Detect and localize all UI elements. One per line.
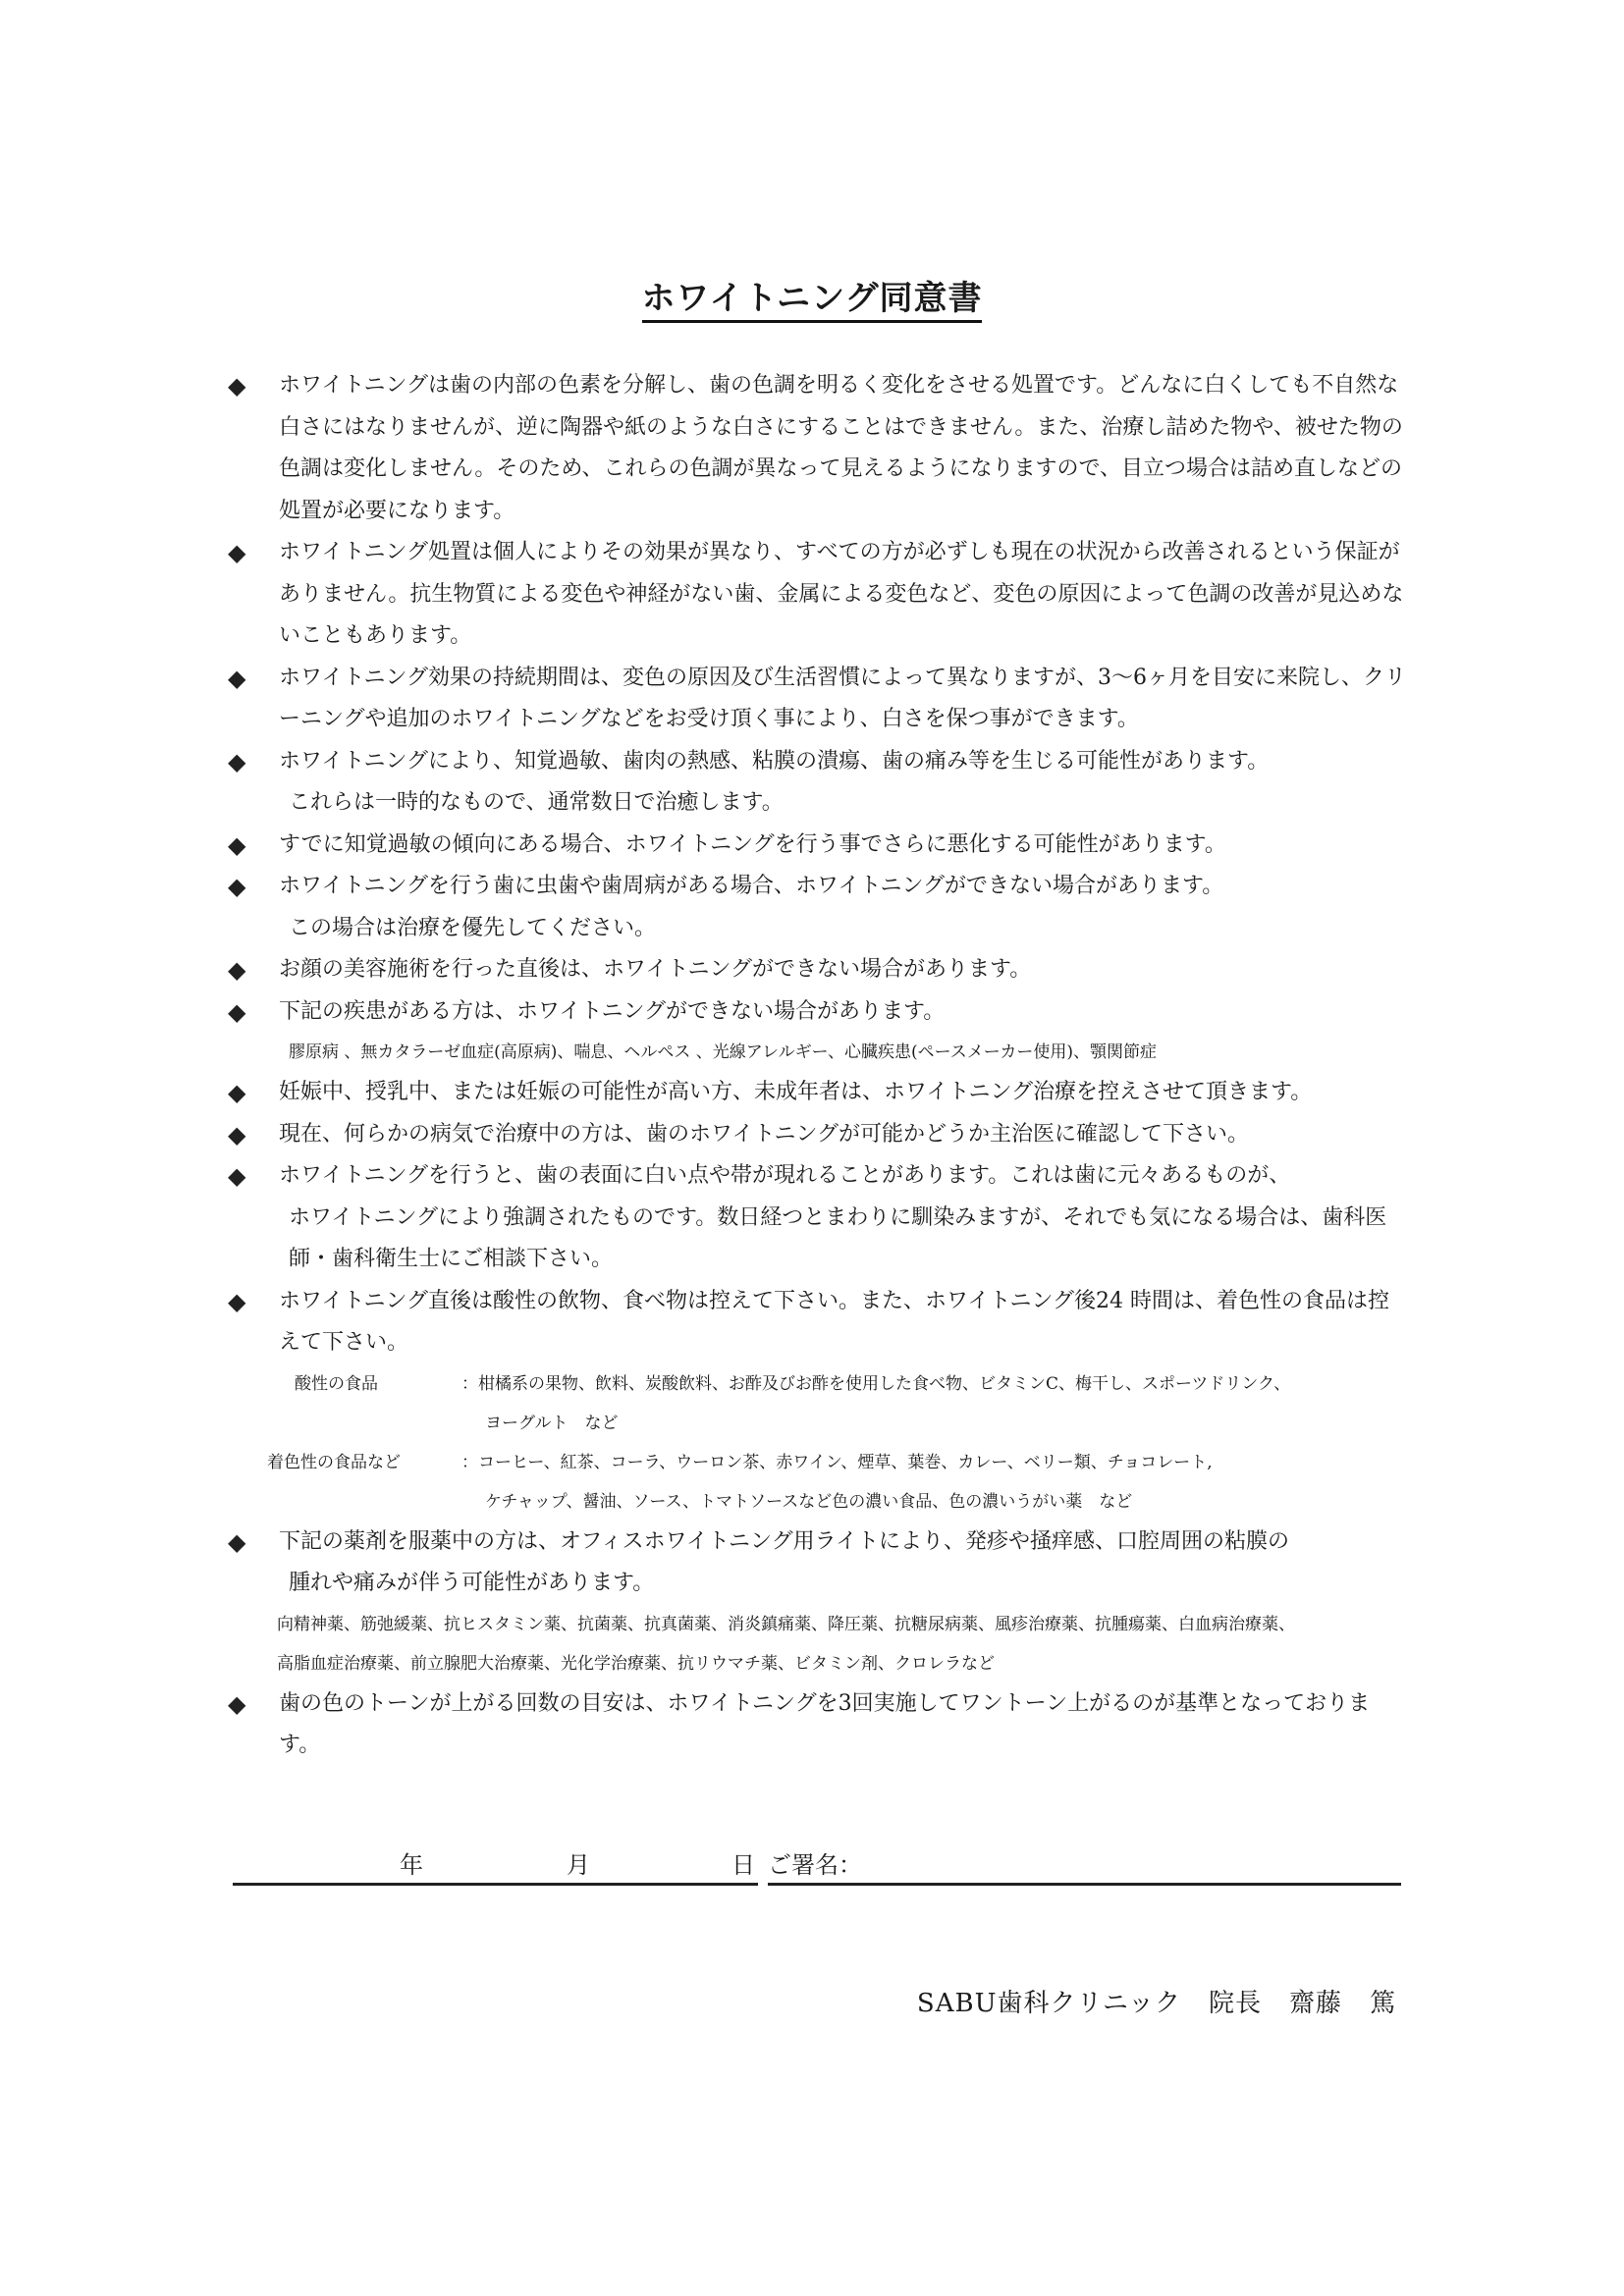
item-text: すでに知覚過敏の傾向にある場合、ホワイトニングを行う事でさらに悪化する可能性があ… bbox=[279, 825, 1411, 867]
item-text: 下記の薬剤を服薬中の方は、オフィスホワイトニング用ライトにより、発疹や掻痒感、口… bbox=[279, 1522, 1411, 1564]
food-separator: ： bbox=[461, 1374, 478, 1394]
document-title: ホワイトニング同意書 bbox=[0, 271, 1624, 319]
consent-item-10: ◆ 現在、何らかの病気で治療中の方は、歯のホワイトニングが可能かどうか主治医に確… bbox=[228, 1114, 1411, 1156]
diamond-bullet-icon: ◆ bbox=[228, 658, 245, 700]
diamond-bullet-icon: ◆ bbox=[228, 532, 245, 574]
consent-item-2: ◆ ホワイトニング処置は個人によりその効果が異なり、すべての方が必ずしも現在の状… bbox=[228, 532, 1411, 658]
consent-item-4: ◆ ホワイトニングにより、知覚過敏、歯肉の熱感、粘膜の潰瘍、歯の痛み等を生じる可… bbox=[228, 741, 1411, 825]
clinic-signature: SABU歯科クリニック院長齋藤篤 bbox=[917, 1983, 1396, 2019]
food-separator: ： bbox=[461, 1453, 478, 1472]
food-list-line2: ケチャップ、醤油、ソース、トマトソースなど色の濃い食品、色の濃いうがい薬 など bbox=[461, 1482, 1411, 1522]
director-surname: 齋藤 bbox=[1289, 1989, 1342, 2018]
food-category-body: ：柑橘系の果物、飲料、炭酸飲料、お酢及びお酢を使用した食べ物、ビタミンC、梅干し… bbox=[461, 1364, 1411, 1443]
item-text: ホワイトニングを行う歯に虫歯や歯周病がある場合、ホワイトニングができない場合があ… bbox=[279, 866, 1411, 908]
clinic-name: SABU歯科クリニック bbox=[917, 1989, 1181, 2018]
item-text: 現在、何らかの病気で治療中の方は、歯のホワイトニングが可能かどうか主治医に確認し… bbox=[279, 1114, 1411, 1156]
diamond-bullet-icon: ◆ bbox=[228, 866, 245, 908]
item-text: ホワイトニングは歯の内部の色素を分解し、歯の色調を明るく変化をさせる処置です。ど… bbox=[279, 365, 1411, 532]
contraindicated-diseases-list: 膠原病 、無カタラーゼ血症(高原病)、喘息、ヘルペス 、光線アレルギー、心臓疾患… bbox=[228, 1033, 1411, 1072]
consent-item-1: ◆ ホワイトニングは歯の内部の色素を分解し、歯の色調を明るく変化をさせる処置です… bbox=[228, 365, 1411, 532]
food-list-line2: ヨーグルト など bbox=[461, 1404, 1411, 1443]
item-text: 歯の色のトーンが上がる回数の目安は、ホワイトニングを3回実施してワントーン上がる… bbox=[279, 1683, 1411, 1767]
food-category-label: 酸性の食品 bbox=[228, 1364, 461, 1443]
consent-item-5: ◆ すでに知覚過敏の傾向にある場合、ホワイトニングを行う事でさらに悪化する可能性… bbox=[228, 825, 1411, 867]
diamond-bullet-icon: ◆ bbox=[228, 1683, 245, 1726]
item-text: ホワイトニングにより、知覚過敏、歯肉の熱感、粘膜の潰瘍、歯の痛み等を生じる可能性… bbox=[279, 741, 1411, 783]
food-row-staining: 着色性の食品など ：コーヒー、紅茶、コーラ、ウーロン茶、赤ワイン、煙草、葉巻、カ… bbox=[228, 1443, 1411, 1522]
item-text: ホワイトニング直後は酸性の飲物、食べ物は控えて下さい。また、ホワイトニング後24… bbox=[279, 1281, 1411, 1364]
diamond-bullet-icon: ◆ bbox=[228, 741, 245, 783]
consent-item-11: ◆ ホワイトニングを行うと、歯の表面に白い点や帯が現れることがあります。これは歯… bbox=[228, 1155, 1411, 1281]
signature-field[interactable]: ご署名： bbox=[768, 1845, 1401, 1886]
item-continuation: この場合は治療を優先してください。 bbox=[279, 908, 1411, 950]
diamond-bullet-icon: ◆ bbox=[228, 825, 245, 867]
diamond-bullet-icon: ◆ bbox=[228, 1155, 245, 1198]
item-continuation: ホワイトニングにより強調されたものです。数日経つとまわりに馴染みますが、それでも… bbox=[279, 1198, 1411, 1281]
drug-list-line-2: 高脂血症治療薬、前立腺肥大治療薬、光化学治療薬、抗リウマチ薬、ビタミン剤、クロレ… bbox=[228, 1644, 1411, 1683]
consent-items: ◆ ホワイトニングは歯の内部の色素を分解し、歯の色調を明るく変化をさせる処置です… bbox=[228, 365, 1411, 1767]
consent-item-3: ◆ ホワイトニング効果の持続期間は、変色の原因及び生活習慣によって異なりますが、… bbox=[228, 658, 1411, 741]
signature-row: 年 月 日 ご署名： bbox=[233, 1845, 1401, 1885]
year-label: 年 bbox=[400, 1845, 423, 1880]
diamond-bullet-icon: ◆ bbox=[228, 1281, 245, 1323]
diamond-bullet-icon: ◆ bbox=[228, 1114, 245, 1156]
diamond-bullet-icon: ◆ bbox=[228, 1522, 245, 1564]
director-given-name: 篤 bbox=[1370, 1989, 1396, 2018]
item-continuation: 腫れや痛みが伴う可能性があります。 bbox=[279, 1563, 1411, 1605]
item-continuation: これらは一時的なもので、通常数日で治癒します。 bbox=[279, 782, 1411, 825]
date-field[interactable]: 年 月 日 bbox=[233, 1845, 758, 1886]
food-category-body: ：コーヒー、紅茶、コーラ、ウーロン茶、赤ワイン、煙草、葉巻、カレー、ベリー類、チ… bbox=[461, 1443, 1411, 1522]
food-list-line1: コーヒー、紅茶、コーラ、ウーロン茶、赤ワイン、煙草、葉巻、カレー、ベリー類、チョ… bbox=[478, 1453, 1213, 1472]
item-text: ホワイトニングを行うと、歯の表面に白い点や帯が現れることがあります。これは歯に元… bbox=[279, 1155, 1411, 1198]
consent-item-6: ◆ ホワイトニングを行う歯に虫歯や歯周病がある場合、ホワイトニングができない場合… bbox=[228, 866, 1411, 949]
food-list-line1: 柑橘系の果物、飲料、炭酸飲料、お酢及びお酢を使用した食べ物、ビタミンC、梅干し、… bbox=[478, 1374, 1290, 1394]
item-text: ホワイトニング処置は個人によりその効果が異なり、すべての方が必ずしも現在の状況か… bbox=[279, 532, 1411, 658]
consent-item-12: ◆ ホワイトニング直後は酸性の飲物、食べ物は控えて下さい。また、ホワイトニング後… bbox=[228, 1281, 1411, 1364]
food-category-label: 着色性の食品など bbox=[228, 1443, 461, 1522]
item-text: ホワイトニング効果の持続期間は、変色の原因及び生活習慣によって異なりますが、3〜… bbox=[279, 658, 1411, 741]
director-role: 院長 bbox=[1209, 1989, 1262, 2018]
consent-item-13: ◆ 下記の薬剤を服薬中の方は、オフィスホワイトニング用ライトにより、発疹や掻痒感… bbox=[228, 1522, 1411, 1605]
signature-label: ご署名： bbox=[768, 1845, 862, 1880]
consent-item-9: ◆ 妊娠中、授乳中、または妊娠の可能性が高い方、未成年者は、ホワイトニング治療を… bbox=[228, 1072, 1411, 1114]
day-label: 日 bbox=[731, 1845, 755, 1880]
item-text: 下記の疾患がある方は、ホワイトニングができない場合があります。 bbox=[279, 991, 1411, 1034]
diamond-bullet-icon: ◆ bbox=[228, 949, 245, 991]
drug-list-line-1: 向精神薬、筋弛緩薬、抗ヒスタミン薬、抗菌薬、抗真菌薬、消炎鎮痛薬、降圧薬、抗糖尿… bbox=[228, 1605, 1411, 1644]
diamond-bullet-icon: ◆ bbox=[228, 365, 245, 407]
consent-item-8: ◆ 下記の疾患がある方は、ホワイトニングができない場合があります。 bbox=[228, 991, 1411, 1034]
consent-item-7: ◆ お顔の美容施術を行った直後は、ホワイトニングができない場合があります。 bbox=[228, 949, 1411, 991]
month-label: 月 bbox=[567, 1845, 590, 1880]
consent-item-14: ◆ 歯の色のトーンが上がる回数の目安は、ホワイトニングを3回実施してワントーン上… bbox=[228, 1683, 1411, 1767]
item-text: お顔の美容施術を行った直後は、ホワイトニングができない場合があります。 bbox=[279, 949, 1411, 991]
diamond-bullet-icon: ◆ bbox=[228, 1072, 245, 1114]
food-row-acidic: 酸性の食品 ：柑橘系の果物、飲料、炭酸飲料、お酢及びお酢を使用した食べ物、ビタミ… bbox=[228, 1364, 1411, 1443]
item-text: 妊娠中、授乳中、または妊娠の可能性が高い方、未成年者は、ホワイトニング治療を控え… bbox=[279, 1072, 1411, 1114]
diamond-bullet-icon: ◆ bbox=[228, 991, 245, 1034]
